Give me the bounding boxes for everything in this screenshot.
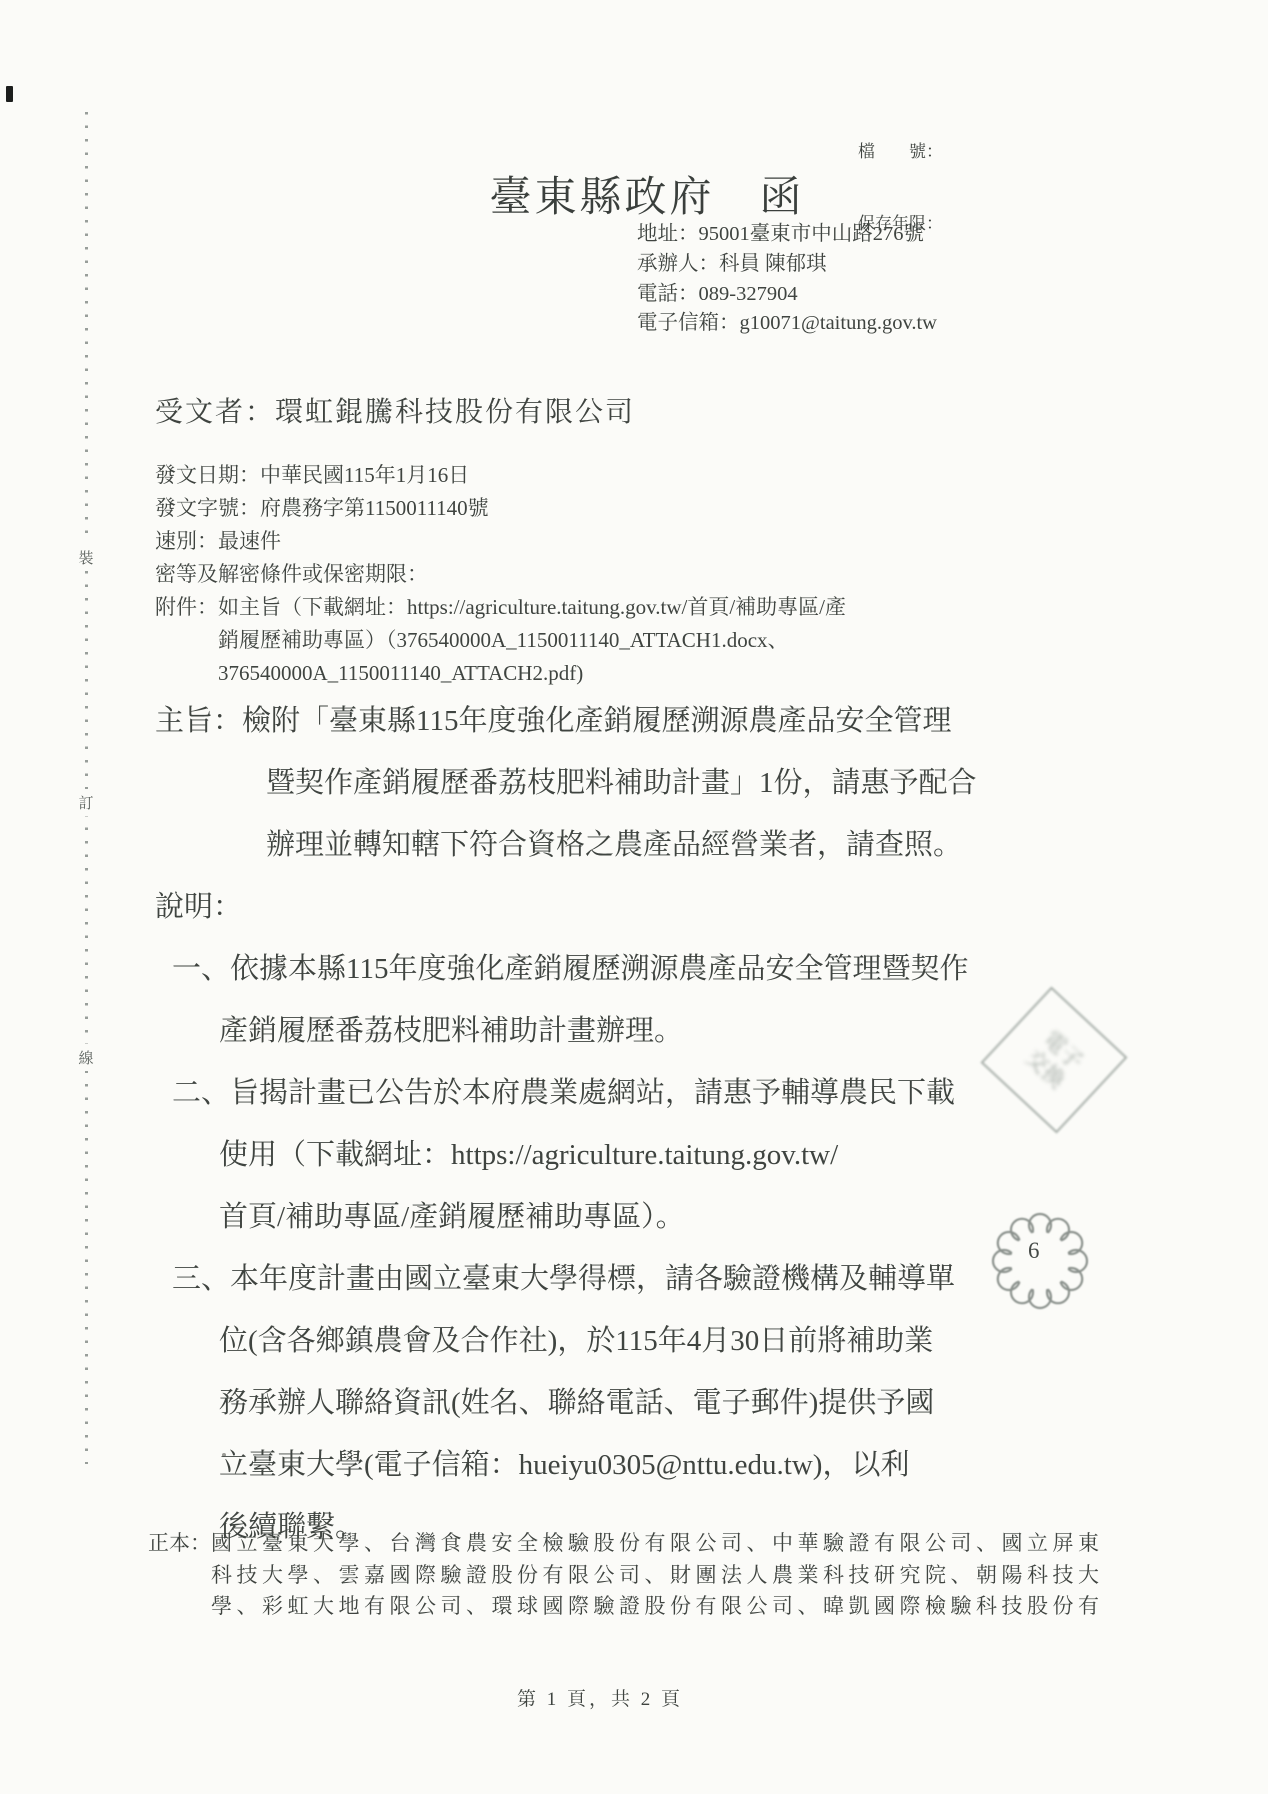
letter-body: 主旨： 檢附「臺東縣115年度強化產銷履歷溯源農產品安全管理 暨契作產銷履歷番荔…	[155, 690, 1075, 1558]
copy-to-label: 正本：	[148, 1528, 211, 1623]
subject-label: 主旨：	[155, 690, 242, 876]
recipient-line: 受文者：環虹錕騰科技股份有限公司	[155, 390, 635, 430]
scan-corner-artifact	[6, 86, 13, 102]
subject-text: 檢附「臺東縣115年度強化產銷履歷溯源農產品安全管理 暨契作產銷履歷番荔枝肥料補…	[242, 690, 977, 876]
issue-date: 發文日期：中華民國115年1月16日	[155, 459, 1025, 492]
sender-email: 電子信箱：g10071@taitung.gov.tw	[637, 309, 937, 339]
item-text: 本年度計畫由國立臺東大學得標，請各驗證機構及輔導單 位(含各鄉鎮農會及合作社)，…	[219, 1248, 955, 1558]
attachment-text: 如主旨（下載網址：https://agriculture.taitung.gov…	[218, 591, 1023, 690]
list-item: 三、 本年度計畫由國立臺東大學得標，請各驗證機構及輔導單 位(含各鄉鎮農會及合作…	[172, 1248, 1075, 1558]
file-number-label: 檔 號：	[858, 140, 943, 164]
item-text: 旨揭計畫已公告於本府農業處網站，請惠予輔導農民下載 使用（下載網址：https:…	[219, 1062, 955, 1248]
document-meta-block: 發文日期：中華民國115年1月16日 發文字號：府農務字第1150011140號…	[155, 459, 1025, 690]
sender-info-block: 地址：95001臺東市中山路276號 承辦人：科員 陳郁琪 電話：089-327…	[637, 220, 937, 339]
doc-number: 發文字號：府農務字第1150011140號	[155, 492, 1025, 525]
page-footer: 第 1 頁，共 2 頁	[0, 1684, 1234, 1711]
sender-contact: 承辦人：科員 陳郁琪	[637, 250, 937, 280]
security-class: 密等及解密條件或保密期限：	[155, 558, 1025, 591]
rosette-seal-icon	[985, 1206, 1095, 1316]
explanation-heading: 說明：	[155, 876, 1075, 938]
copy-to-block: 正本： 國立臺東大學、台灣食農安全檢驗股份有限公司、中華驗證有限公司、國立屏東 …	[148, 1528, 1161, 1623]
item-text: 依據本縣115年度強化產銷履歷溯源農產品安全管理暨契作 產銷履歷番荔枝肥料補助計…	[219, 938, 968, 1062]
attachment-label: 附件：	[155, 591, 218, 690]
attachment-row: 附件： 如主旨（下載網址：https://agriculture.taitung…	[155, 591, 1025, 690]
list-item: 二、 旨揭計畫已公告於本府農業處網站，請惠予輔導農民下載 使用（下載網址：htt…	[172, 1062, 1075, 1248]
binding-mark-ding: 訂	[76, 789, 96, 816]
binding-mark-zhuang: 裝	[76, 544, 96, 571]
scanned-official-letter-page: 檔 號： 保存年限： 臺東縣政府 函 地址：95001臺東市中山路276號 承辦…	[0, 0, 1268, 1794]
sender-phone: 電話：089-327904	[637, 280, 937, 310]
subject-row: 主旨： 檢附「臺東縣115年度強化產銷履歷溯源農產品安全管理 暨契作產銷履歷番荔…	[155, 690, 1075, 876]
list-item: 一、 依據本縣115年度強化產銷履歷溯源農產品安全管理暨契作 產銷履歷番荔枝肥料…	[172, 938, 1075, 1062]
binding-mark-xian: 線	[76, 1044, 96, 1071]
document-title: 臺東縣政府 函	[13, 164, 1268, 224]
sender-address: 地址：95001臺東市中山路276號	[637, 220, 937, 250]
binding-dotted-line	[85, 112, 88, 1464]
copy-to-text: 國立臺東大學、台灣食農安全檢驗股份有限公司、中華驗證有限公司、國立屏東 科技大學…	[211, 1528, 1161, 1623]
speed-class: 速別：最速件	[155, 525, 1025, 558]
exchange-stamp-text: 電子交換	[1017, 1023, 1090, 1096]
explanation-items: 一、 依據本縣115年度強化產銷履歷溯源農產品安全管理暨契作 產銷履歷番荔枝肥料…	[172, 938, 1075, 1558]
page-number-stamp: 6	[1028, 1238, 1040, 1264]
